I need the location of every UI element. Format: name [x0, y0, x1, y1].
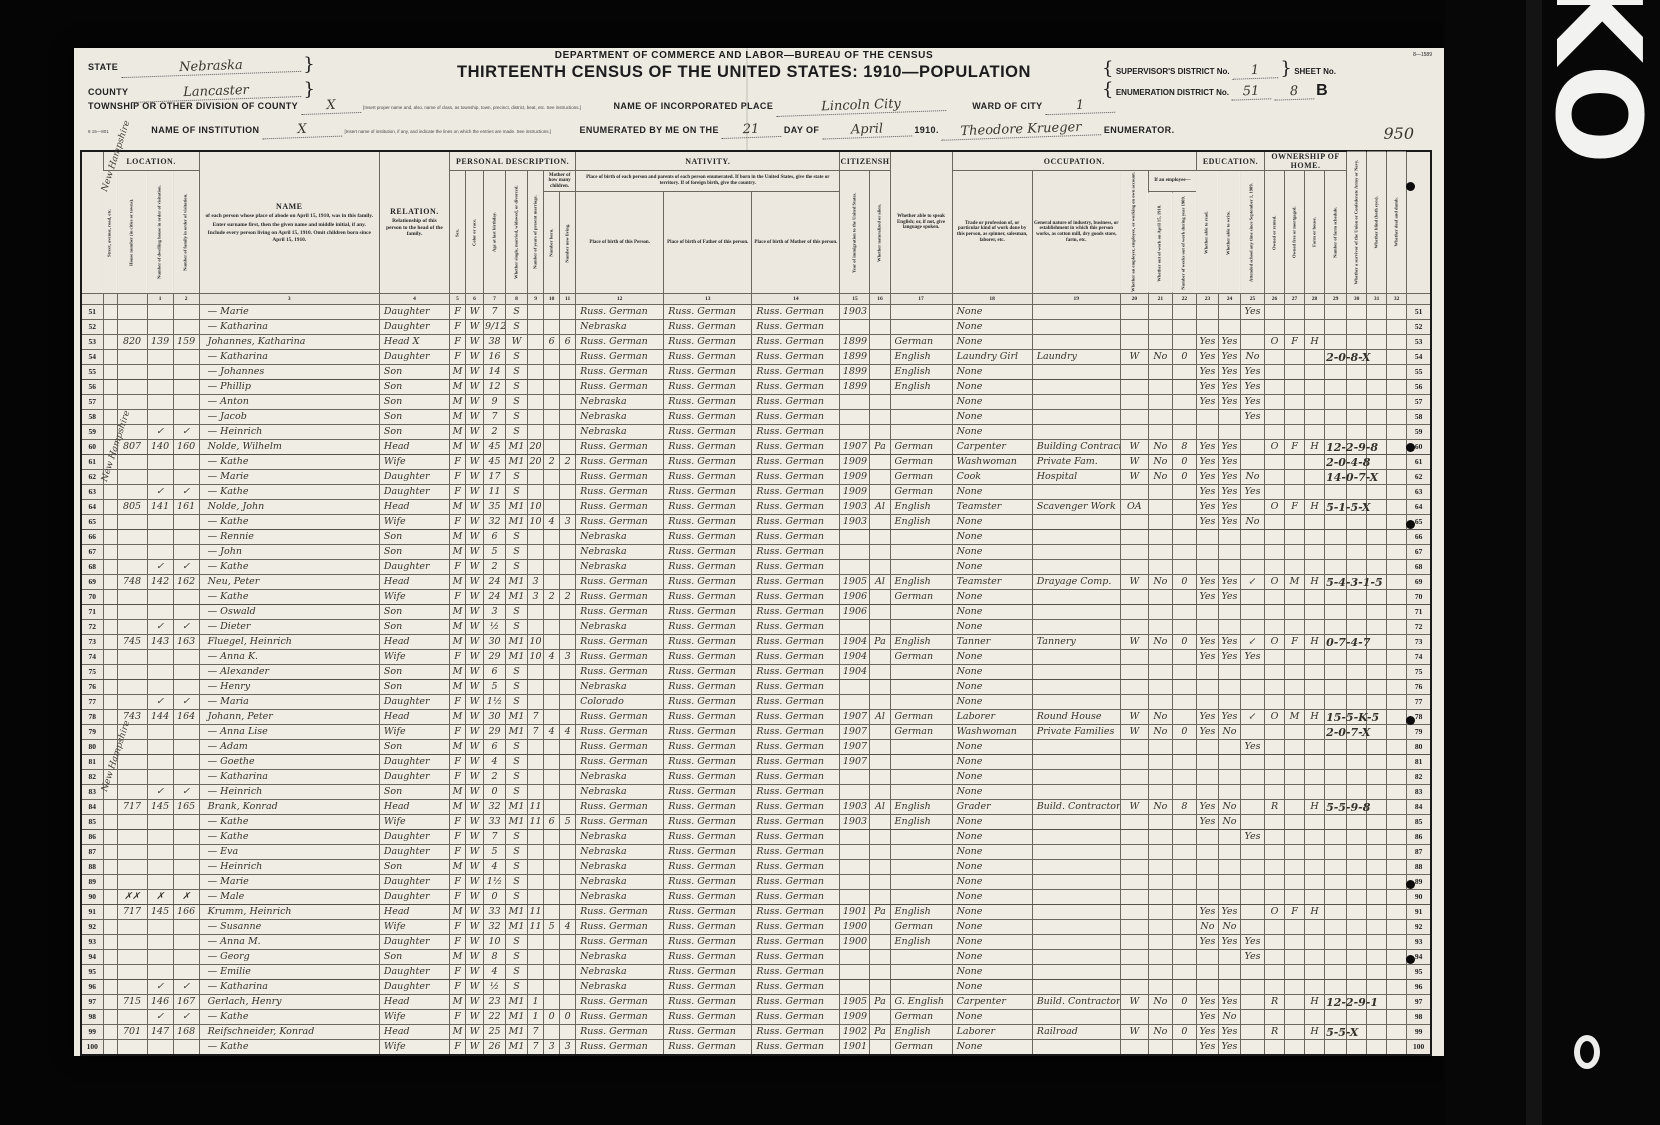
- cell-industry: Build. Contractor: [1032, 995, 1120, 1010]
- cell-industry: [1032, 605, 1120, 620]
- cell-years-married: [528, 785, 544, 800]
- cell-dwelling-number: [147, 605, 173, 620]
- cell-birthplace-person: Russ. German: [576, 725, 664, 740]
- cell-row-number: 84: [81, 800, 103, 815]
- cell-employment-class: W: [1120, 800, 1148, 815]
- cell-industry: Railroad: [1032, 1025, 1120, 1040]
- line-number-gutter: [117, 294, 147, 305]
- cell-industry: [1032, 785, 1120, 800]
- cell-deaf: [1387, 890, 1407, 905]
- cell-birthplace-person: Russ. German: [576, 575, 664, 590]
- cell-trade: Tanner: [952, 635, 1032, 650]
- cell-naturalized: [870, 1040, 890, 1055]
- cell-relation: Head: [379, 635, 449, 650]
- cell-family-number: [173, 1040, 199, 1055]
- cell-home-free-mortgaged: [1285, 530, 1305, 545]
- cell-children-born: [544, 890, 560, 905]
- cell-name: — Anna M.: [199, 935, 379, 950]
- cell-industry: Hospital: [1032, 470, 1120, 485]
- cell-relation: Wife: [379, 590, 449, 605]
- cell-industry: [1032, 425, 1120, 440]
- cell-home-free-mortgaged: [1285, 920, 1305, 935]
- cell-out-of-work: [1148, 380, 1172, 395]
- cell-weeks-out-of-work: [1172, 815, 1196, 830]
- cell-sex: M: [450, 635, 466, 650]
- cell-children-born: [544, 500, 560, 515]
- cell-row-number: 75: [81, 665, 103, 680]
- cell-speaks-english: German: [890, 455, 952, 470]
- cell-relation: Daughter: [379, 320, 449, 335]
- cell-industry: [1032, 320, 1120, 335]
- cell-speaks-english: English: [890, 380, 952, 395]
- cell-survivor: [1347, 830, 1367, 845]
- cell-years-married: [528, 740, 544, 755]
- column-number: 15: [840, 294, 870, 305]
- cell-sex: F: [450, 755, 466, 770]
- table-row: 78743144164Johann, PeterHeadMW30M17Russ.…: [81, 710, 1431, 725]
- cell-relation: Wife: [379, 1010, 449, 1025]
- cell-home-free-mortgaged: [1285, 770, 1305, 785]
- cell-out-of-work: [1148, 680, 1172, 695]
- cell-industry: Round House: [1032, 710, 1120, 725]
- cell-row-number: 81: [1407, 755, 1431, 770]
- cell-deaf: [1387, 860, 1407, 875]
- cell-farm-schedule-code: [1325, 515, 1347, 530]
- enumerated-label: ENUMERATED BY ME ON THE: [579, 125, 718, 135]
- cell-industry: [1032, 620, 1120, 635]
- cell-birthplace-father: Russ. German: [664, 1010, 752, 1025]
- cell-children-born: [544, 830, 560, 845]
- cell-years-married: [528, 425, 544, 440]
- cell-name: — Jacob: [199, 410, 379, 425]
- table-row: 81— GoetheDaughterFW4SRuss. GermanRuss. …: [81, 755, 1431, 770]
- cell-naturalized: [870, 335, 890, 350]
- cell-naturalized: [870, 650, 890, 665]
- cell-immigration-year: [840, 965, 870, 980]
- cell-trade: Laborer: [952, 1025, 1032, 1040]
- cell-speaks-english: German: [890, 335, 952, 350]
- cell-birthplace-mother: Russ. German: [752, 605, 840, 620]
- cell-industry: [1032, 515, 1120, 530]
- cell-years-married: [528, 365, 544, 380]
- cell-row-number: 82: [81, 770, 103, 785]
- cell-birthplace-father: Russ. German: [664, 575, 752, 590]
- cell-home-owned-rented: R: [1265, 1025, 1285, 1040]
- table-row: 59✓✓— HeinrichSonMW2SNebraskaRuss. Germa…: [81, 425, 1431, 440]
- film-dot: [1406, 443, 1415, 452]
- township-value: X: [300, 97, 361, 115]
- cell-can-write: Yes: [1218, 935, 1240, 950]
- cell-name: — John: [199, 545, 379, 560]
- cell-farm-schedule-code: [1325, 560, 1347, 575]
- cell-farm-or-house: [1305, 425, 1325, 440]
- cell-age: 4: [484, 755, 506, 770]
- cell-weeks-out-of-work: [1172, 890, 1196, 905]
- cell-children-born: [544, 695, 560, 710]
- cell-children-born: [544, 1025, 560, 1040]
- cell-blind: [1367, 1025, 1387, 1040]
- cell-home-owned-rented: [1265, 950, 1285, 965]
- cell-street: [103, 335, 117, 350]
- cell-farm-schedule-code: [1325, 425, 1347, 440]
- cell-birthplace-person: Nebraska: [576, 770, 664, 785]
- cell-trade: None: [952, 845, 1032, 860]
- cell-home-free-mortgaged: [1285, 560, 1305, 575]
- cell-home-free-mortgaged: [1285, 725, 1305, 740]
- cell-name: — Marie: [199, 305, 379, 320]
- cell-row-number: 62: [1407, 470, 1431, 485]
- cell-sex: F: [450, 890, 466, 905]
- cell-naturalized: [870, 380, 890, 395]
- cell-children-born: [544, 965, 560, 980]
- cell-out-of-work: [1148, 545, 1172, 560]
- cell-survivor: [1347, 545, 1367, 560]
- cell-house-number: [117, 665, 147, 680]
- cell-speaks-english: [890, 830, 952, 845]
- cell-birthplace-father: Russ. German: [664, 740, 752, 755]
- cell-industry: [1032, 830, 1120, 845]
- cell-sex: M: [450, 995, 466, 1010]
- cell-family-number: [173, 725, 199, 740]
- cell-street: [103, 905, 117, 920]
- cell-employment-class: W: [1120, 995, 1148, 1010]
- cell-dwelling-number: [147, 680, 173, 695]
- cell-deaf: [1387, 1040, 1407, 1055]
- cell-years-married: 7: [528, 1025, 544, 1040]
- cell-can-write: [1218, 965, 1240, 980]
- cell-sex: F: [450, 485, 466, 500]
- cell-trade: None: [952, 485, 1032, 500]
- cell-home-owned-rented: [1265, 605, 1285, 620]
- cell-weeks-out-of-work: 8: [1172, 800, 1196, 815]
- sheet-header: STATE Nebraska } COUNTY Lancaster } DEPA…: [74, 48, 1444, 150]
- cell-can-write: [1218, 755, 1240, 770]
- cell-out-of-work: [1148, 335, 1172, 350]
- cell-weeks-out-of-work: 8: [1172, 440, 1196, 455]
- cell-family-number: 159: [173, 335, 199, 350]
- cell-street: [103, 890, 117, 905]
- cell-home-free-mortgaged: [1285, 620, 1305, 635]
- cell-dwelling-number: ✓: [147, 980, 173, 995]
- cell-birthplace-father: Russ. German: [664, 860, 752, 875]
- cell-speaks-english: G. English: [890, 995, 952, 1010]
- cell-years-married: 10: [528, 500, 544, 515]
- cell-children-born: [544, 770, 560, 785]
- cell-weeks-out-of-work: 0: [1172, 350, 1196, 365]
- cell-farm-schedule-code: [1325, 605, 1347, 620]
- cell-farm-or-house: [1305, 770, 1325, 785]
- cell-row-number: 71: [1407, 605, 1431, 620]
- cell-industry: [1032, 560, 1120, 575]
- cell-can-write: [1218, 410, 1240, 425]
- cell-attended-school: Yes: [1240, 950, 1264, 965]
- cell-house-number: 715: [117, 995, 147, 1010]
- cell-years-married: 11: [528, 920, 544, 935]
- cell-employment-class: [1120, 830, 1148, 845]
- cell-children-living: [560, 830, 576, 845]
- cell-trade: None: [952, 650, 1032, 665]
- cell-blind: [1367, 650, 1387, 665]
- cell-birthplace-father: Russ. German: [664, 800, 752, 815]
- cell-color-race: W: [466, 740, 484, 755]
- cell-farm-schedule-code: [1325, 410, 1347, 425]
- cell-street: [103, 635, 117, 650]
- cell-children-born: [544, 740, 560, 755]
- column-number: 5: [450, 294, 466, 305]
- cell-deaf: [1387, 605, 1407, 620]
- cell-deaf: [1387, 950, 1407, 965]
- cell-attended-school: [1240, 695, 1264, 710]
- cell-children-living: [560, 860, 576, 875]
- cell-birthplace-mother: Russ. German: [752, 695, 840, 710]
- cell-name: — Kathe: [199, 830, 379, 845]
- cell-farm-schedule-code: [1325, 830, 1347, 845]
- cell-years-married: [528, 485, 544, 500]
- cell-farm-or-house: [1305, 350, 1325, 365]
- cell-birthplace-father: Russ. German: [664, 710, 752, 725]
- census-table-header: LOCATION.NAMEof each person whose place …: [81, 151, 1431, 305]
- column-number: 2: [173, 294, 199, 305]
- cell-weeks-out-of-work: [1172, 740, 1196, 755]
- cell-naturalized: [870, 545, 890, 560]
- cell-children-living: [560, 425, 576, 440]
- cell-immigration-year: [840, 770, 870, 785]
- cell-blind: [1367, 890, 1387, 905]
- cell-relation: Head: [379, 1025, 449, 1040]
- cell-family-number: 165: [173, 800, 199, 815]
- cell-home-free-mortgaged: [1285, 545, 1305, 560]
- cell-out-of-work: No: [1148, 455, 1172, 470]
- cell-family-number: [173, 320, 199, 335]
- cell-can-write: Yes: [1218, 635, 1240, 650]
- cell-marital-status: S: [506, 890, 528, 905]
- cell-family-number: 161: [173, 500, 199, 515]
- cell-relation: Daughter: [379, 695, 449, 710]
- cell-home-owned-rented: O: [1265, 440, 1285, 455]
- cell-deaf: [1387, 680, 1407, 695]
- cell-farm-or-house: [1305, 755, 1325, 770]
- cell-farm-schedule-code: [1325, 1040, 1347, 1055]
- cell-children-living: [560, 485, 576, 500]
- cell-farm-schedule-code: [1325, 395, 1347, 410]
- cell-dwelling-number: [147, 920, 173, 935]
- cell-birthplace-mother: Russ. German: [752, 905, 840, 920]
- cell-children-living: [560, 410, 576, 425]
- table-row: 62— MarieDaughterFW17SRuss. GermanRuss. …: [81, 470, 1431, 485]
- cell-naturalized: Pa: [870, 995, 890, 1010]
- cell-farm-or-house: [1305, 665, 1325, 680]
- cell-industry: [1032, 875, 1120, 890]
- cell-farm-or-house: [1305, 410, 1325, 425]
- cell-deaf: [1387, 725, 1407, 740]
- cell-home-owned-rented: [1265, 350, 1285, 365]
- cell-marital-status: M1: [506, 725, 528, 740]
- cell-years-married: [528, 845, 544, 860]
- cell-trade: None: [952, 770, 1032, 785]
- cell-weeks-out-of-work: [1172, 860, 1196, 875]
- cell-attended-school: [1240, 530, 1264, 545]
- cell-row-number: 74: [81, 650, 103, 665]
- cell-name: Nolde, John: [199, 500, 379, 515]
- cell-out-of-work: [1148, 425, 1172, 440]
- cell-speaks-english: [890, 395, 952, 410]
- cell-blind: [1367, 380, 1387, 395]
- cell-employment-class: W: [1120, 470, 1148, 485]
- cell-blind: [1367, 905, 1387, 920]
- table-row: 85— KatheWifeFW33M11165Russ. GermanRuss.…: [81, 815, 1431, 830]
- cell-farm-or-house: [1305, 980, 1325, 995]
- cell-marital-status: S: [506, 605, 528, 620]
- cell-immigration-year: 1901: [840, 1040, 870, 1055]
- cell-birthplace-mother: Russ. German: [752, 800, 840, 815]
- cell-house-number: 717: [117, 905, 147, 920]
- cell-color-race: W: [466, 575, 484, 590]
- cell-family-number: [173, 530, 199, 545]
- cell-street: [103, 980, 117, 995]
- cell-attended-school: [1240, 800, 1264, 815]
- cell-marital-status: M1: [506, 815, 528, 830]
- cell-can-write: No: [1218, 800, 1240, 815]
- cell-marital-status: W: [506, 335, 528, 350]
- cell-immigration-year: [840, 680, 870, 695]
- cell-relation: Daughter: [379, 980, 449, 995]
- cell-can-read: Yes: [1196, 995, 1218, 1010]
- cell-can-read: Yes: [1196, 485, 1218, 500]
- cell-dwelling-number: 143: [147, 635, 173, 650]
- cell-trade: None: [952, 920, 1032, 935]
- cell-row-number: 73: [1407, 635, 1431, 650]
- cell-employment-class: W: [1120, 440, 1148, 455]
- cell-employment-class: [1120, 785, 1148, 800]
- cell-weeks-out-of-work: [1172, 1040, 1196, 1055]
- cell-row-number: 92: [1407, 920, 1431, 935]
- cell-name: — Kathe: [199, 1010, 379, 1025]
- cell-relation: Wife: [379, 455, 449, 470]
- cell-speaks-english: [890, 305, 952, 320]
- cell-deaf: [1387, 980, 1407, 995]
- cell-age: 6: [484, 665, 506, 680]
- cell-birthplace-person: Nebraska: [576, 530, 664, 545]
- cell-house-number: [117, 845, 147, 860]
- cell-can-write: No: [1218, 815, 1240, 830]
- cell-marital-status: S: [506, 530, 528, 545]
- cell-color-race: W: [466, 530, 484, 545]
- cell-industry: [1032, 530, 1120, 545]
- cell-row-number: 57: [1407, 395, 1431, 410]
- cell-age: 2: [484, 770, 506, 785]
- table-row: 66— RennieSonMW6SNebraskaRuss. GermanRus…: [81, 530, 1431, 545]
- cell-color-race: W: [466, 1040, 484, 1055]
- cell-can-write: Yes: [1218, 365, 1240, 380]
- cell-employment-class: [1120, 845, 1148, 860]
- cell-farm-or-house: [1305, 860, 1325, 875]
- cell-farm-schedule-code: [1325, 920, 1347, 935]
- cell-farm-schedule-code: 2-0-4-8: [1325, 455, 1347, 470]
- cell-name: Brank, Konrad: [199, 800, 379, 815]
- cell-marital-status: S: [506, 680, 528, 695]
- cell-farm-or-house: H: [1305, 905, 1325, 920]
- cell-color-race: W: [466, 365, 484, 380]
- cell-farm-or-house: [1305, 1010, 1325, 1025]
- cell-deaf: [1387, 590, 1407, 605]
- cell-house-number: [117, 605, 147, 620]
- cell-out-of-work: [1148, 815, 1172, 830]
- cell-immigration-year: 1907: [840, 740, 870, 755]
- cell-employment-class: [1120, 305, 1148, 320]
- cell-blind: [1367, 320, 1387, 335]
- cell-can-write: Yes: [1218, 590, 1240, 605]
- township-label: TOWNSHIP OR OTHER DIVISION OF COUNTY: [88, 101, 298, 111]
- cell-speaks-english: [890, 530, 952, 545]
- cell-can-read: Yes: [1196, 650, 1218, 665]
- cell-row-number: 99: [1407, 1025, 1431, 1040]
- cell-birthplace-person: Russ. German: [576, 350, 664, 365]
- column-number: 17: [890, 294, 952, 305]
- cell-color-race: W: [466, 455, 484, 470]
- cell-children-born: [544, 935, 560, 950]
- cell-employment-class: W: [1120, 710, 1148, 725]
- cell-home-owned-rented: [1265, 875, 1285, 890]
- cell-can-write: [1218, 560, 1240, 575]
- cell-naturalized: [870, 755, 890, 770]
- cell-age: 5: [484, 545, 506, 560]
- cell-age: 1½: [484, 695, 506, 710]
- cell-children-living: [560, 365, 576, 380]
- cell-trade: Grader: [952, 800, 1032, 815]
- cell-farm-schedule-code: [1325, 935, 1347, 950]
- cell-color-race: W: [466, 665, 484, 680]
- cell-row-number: 72: [81, 620, 103, 635]
- cell-farm-schedule-code: 12-2-9-1: [1325, 995, 1347, 1010]
- film-dot: [1406, 520, 1415, 529]
- cell-home-free-mortgaged: [1285, 680, 1305, 695]
- cell-survivor: [1347, 560, 1367, 575]
- cell-color-race: W: [466, 785, 484, 800]
- col-birthplace-father: Place of birth of Father of this person.: [664, 192, 752, 294]
- cell-can-write: [1218, 320, 1240, 335]
- cell-home-free-mortgaged: F: [1285, 635, 1305, 650]
- cell-sex: M: [450, 575, 466, 590]
- cell-can-write: Yes: [1218, 440, 1240, 455]
- section-name: NAMEof each person whose place of abode …: [199, 151, 379, 294]
- cell-street: [103, 500, 117, 515]
- table-row: 94— GeorgSonMW8SNebraskaRuss. GermanRuss…: [81, 950, 1431, 965]
- cell-row-number: 83: [81, 785, 103, 800]
- cell-industry: [1032, 1040, 1120, 1055]
- cell-can-write: [1218, 770, 1240, 785]
- cell-weeks-out-of-work: [1172, 695, 1196, 710]
- cell-out-of-work: [1148, 965, 1172, 980]
- cell-home-owned-rented: [1265, 785, 1285, 800]
- cell-row-number: 56: [1407, 380, 1431, 395]
- cell-birthplace-father: Russ. German: [664, 425, 752, 440]
- cell-speaks-english: [890, 890, 952, 905]
- cell-sex: M: [450, 395, 466, 410]
- cell-birthplace-mother: Russ. German: [752, 965, 840, 980]
- cell-marital-status: S: [506, 875, 528, 890]
- cell-immigration-year: 1899: [840, 365, 870, 380]
- cell-color-race: W: [466, 800, 484, 815]
- cell-out-of-work: [1148, 875, 1172, 890]
- cell-farm-or-house: H: [1305, 635, 1325, 650]
- cell-color-race: W: [466, 515, 484, 530]
- cell-immigration-year: 1903: [840, 815, 870, 830]
- table-row: 74— Anna K.WifeFW29M11043Russ. GermanRus…: [81, 650, 1431, 665]
- supervisor-district-value: 1: [1232, 62, 1279, 80]
- cell-sex: M: [450, 800, 466, 815]
- cell-birthplace-mother: Russ. German: [752, 635, 840, 650]
- cell-birthplace-person: Nebraska: [576, 965, 664, 980]
